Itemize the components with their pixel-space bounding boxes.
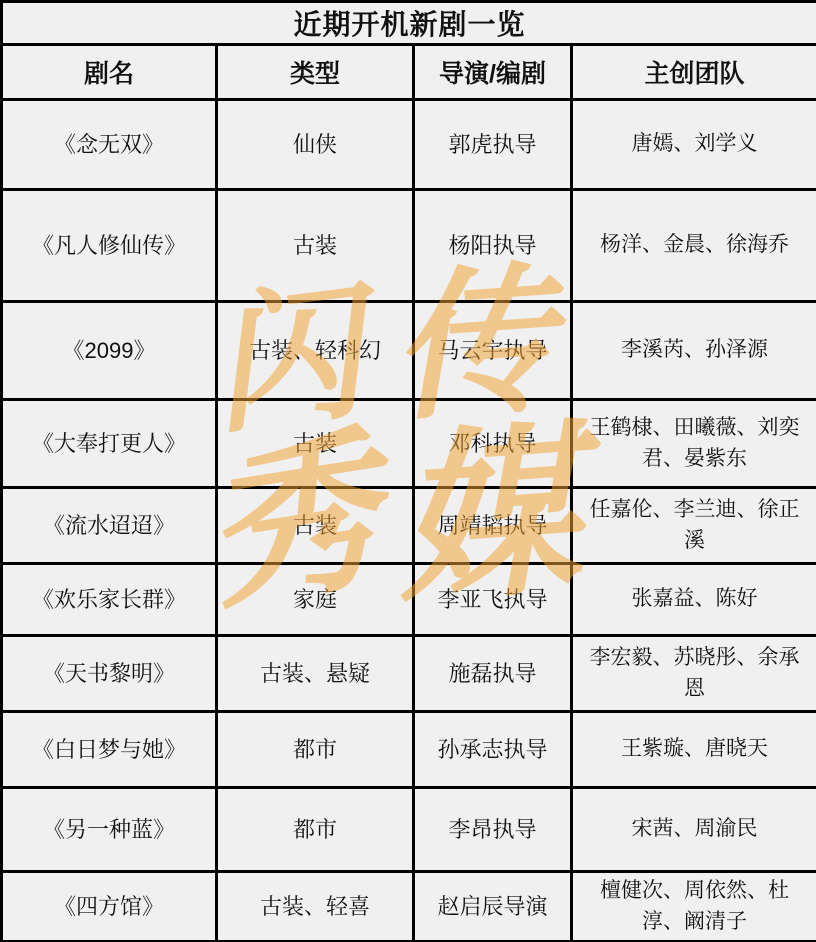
drama-team: 宋茜、周渝民 [572,788,816,872]
drama-genre: 古装、悬疑 [217,636,414,712]
table-row: 《流水迢迢》 古装 周靖韬执导 任嘉伦、李兰迪、徐正溪 [2,488,816,564]
drama-genre: 仙侠 [217,100,414,190]
drama-director: 马云宇执导 [414,302,572,400]
drama-team: 任嘉伦、李兰迪、徐正溪 [572,488,816,564]
column-header-genre: 类型 [217,45,414,100]
drama-genre: 古装 [217,488,414,564]
drama-team: 王紫璇、唐晓天 [572,712,816,788]
drama-director: 赵启辰导演 [414,872,572,942]
column-header-director: 导演/编剧 [414,45,572,100]
drama-name: 《另一种蓝》 [2,788,217,872]
drama-director: 邓科执导 [414,400,572,488]
table-row: 《白日梦与她》 都市 孙承志执导 王紫璇、唐晓天 [2,712,816,788]
table-header-row: 剧名 类型 导演/编剧 主创团队 [2,45,816,100]
drama-director: 杨阳执导 [414,190,572,302]
drama-team: 唐嫣、刘学义 [572,100,816,190]
drama-director: 郭虎执导 [414,100,572,190]
drama-genre: 古装 [217,190,414,302]
drama-genre: 家庭 [217,564,414,636]
table-row: 《另一种蓝》 都市 李昂执导 宋茜、周渝民 [2,788,816,872]
drama-team: 李溪芮、孙泽源 [572,302,816,400]
drama-team: 张嘉益、陈好 [572,564,816,636]
column-header-team: 主创团队 [572,45,816,100]
drama-director: 李亚飞执导 [414,564,572,636]
drama-director: 李昂执导 [414,788,572,872]
drama-name: 《2099》 [2,302,217,400]
table-row: 《念无双》 仙侠 郭虎执导 唐嫣、刘学义 [2,100,816,190]
drama-genre: 古装 [217,400,414,488]
drama-name: 《流水迢迢》 [2,488,217,564]
drama-director: 周靖韬执导 [414,488,572,564]
drama-name: 《凡人修仙传》 [2,190,217,302]
drama-table-image: 近期开机新剧一览 剧名 类型 导演/编剧 主创团队 《念无双》 仙侠 郭虎执导 … [0,0,816,942]
column-header-name: 剧名 [2,45,217,100]
drama-genre: 都市 [217,788,414,872]
table-row: 《2099》 古装、轻科幻 马云宇执导 李溪芮、孙泽源 [2,302,816,400]
drama-team: 杨洋、金晨、徐海乔 [572,190,816,302]
new-drama-table: 近期开机新剧一览 剧名 类型 导演/编剧 主创团队 《念无双》 仙侠 郭虎执导 … [0,0,816,942]
drama-director: 施磊执导 [414,636,572,712]
drama-name: 《白日梦与她》 [2,712,217,788]
drama-director: 孙承志执导 [414,712,572,788]
drama-name: 《大奉打更人》 [2,400,217,488]
drama-name: 《天书黎明》 [2,636,217,712]
drama-team: 王鹤棣、田曦薇、刘奕君、晏紫东 [572,400,816,488]
drama-team: 檀健次、周依然、杜淳、阚清子 [572,872,816,942]
drama-name: 《欢乐家长群》 [2,564,217,636]
drama-genre: 都市 [217,712,414,788]
drama-name: 《四方馆》 [2,872,217,942]
drama-name: 《念无双》 [2,100,217,190]
drama-team: 李宏毅、苏晓彤、余承恩 [572,636,816,712]
table-row: 《凡人修仙传》 古装 杨阳执导 杨洋、金晨、徐海乔 [2,190,816,302]
table-row: 《四方馆》 古装、轻喜 赵启辰导演 檀健次、周依然、杜淳、阚清子 [2,872,816,942]
drama-genre: 古装、轻科幻 [217,302,414,400]
table-row: 《天书黎明》 古装、悬疑 施磊执导 李宏毅、苏晓彤、余承恩 [2,636,816,712]
table-title-row: 近期开机新剧一览 [2,2,816,45]
page-title: 近期开机新剧一览 [2,2,816,45]
table-row: 《欢乐家长群》 家庭 李亚飞执导 张嘉益、陈好 [2,564,816,636]
drama-genre: 古装、轻喜 [217,872,414,942]
table-row: 《大奉打更人》 古装 邓科执导 王鹤棣、田曦薇、刘奕君、晏紫东 [2,400,816,488]
